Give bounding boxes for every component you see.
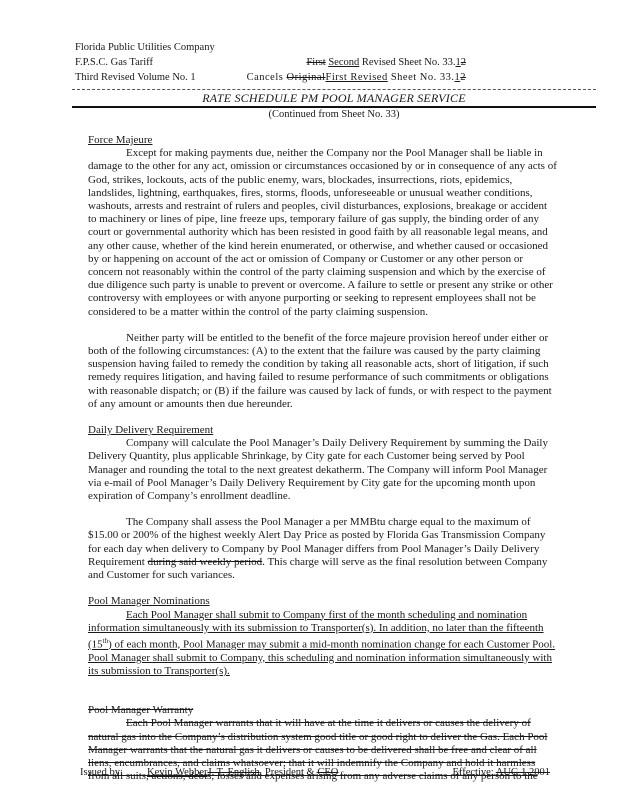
cancels-inserted-text: First Revised bbox=[325, 72, 387, 83]
paragraph-inserted: Each Pool Manager shall submit to Compan… bbox=[88, 609, 558, 679]
sheet-num-old: 2 bbox=[461, 57, 466, 68]
sheet-inserted-text: Second bbox=[328, 57, 359, 68]
cancels-rest-text: Sheet No. 33. bbox=[388, 72, 455, 83]
sheet-deleted-text: First bbox=[306, 57, 325, 68]
section-force-majeure: Force Majeure Except for making payments… bbox=[88, 134, 558, 411]
header-divider-thick bbox=[72, 106, 596, 108]
cancels-prefix: Cancels bbox=[247, 72, 287, 83]
section-heading-deleted: Pool Manager Warranty bbox=[88, 704, 558, 717]
paragraph: Company will calculate the Pool Manager’… bbox=[88, 437, 558, 503]
company-name: Florida Public Utilities Company bbox=[75, 40, 215, 55]
volume-label: Third Revised Volume No. 1 bbox=[75, 70, 215, 85]
cancels-deleted-text: Original bbox=[286, 72, 325, 83]
paragraph: Except for making payments due, neither … bbox=[88, 147, 558, 319]
section-heading: Daily Delivery Requirement bbox=[88, 424, 558, 437]
sheet-number-line: First Second Revised Sheet No. 33.12 bbox=[247, 55, 466, 70]
section-heading: Pool Manager Nominations bbox=[88, 595, 558, 608]
section-nominations: Pool Manager Nominations Each Pool Manag… bbox=[88, 595, 558, 678]
header-left: Florida Public Utilities Company F.P.S.C… bbox=[75, 40, 215, 85]
rate-schedule-title: RATE SCHEDULE PM POOL MANAGER SERVICE bbox=[72, 91, 596, 106]
continued-note: (Continued from Sheet No. 33) bbox=[72, 109, 596, 120]
sheet-rest-text: Revised Sheet No. 33. bbox=[359, 57, 455, 68]
tariff-sheet-page: Florida Public Utilities Company F.P.S.C… bbox=[0, 0, 624, 808]
issued-by-label: Issued by: bbox=[80, 767, 123, 778]
document-body: Force Majeure Except for making payments… bbox=[88, 134, 558, 783]
paragraph: The Company shall assess the Pool Manage… bbox=[88, 516, 558, 582]
cancels-line: Cancels OriginalFirst Revised Sheet No. … bbox=[247, 70, 466, 85]
cancels-num-old: 2 bbox=[460, 72, 466, 83]
header-divider-thin bbox=[72, 89, 596, 90]
paragraph: Neither party will be entitled to the be… bbox=[88, 332, 558, 411]
effective-date: Effective: AUG 1 2001 bbox=[453, 767, 551, 778]
tariff-name: F.P.S.C. Gas Tariff bbox=[75, 55, 215, 70]
section-daily-delivery: Daily Delivery Requirement Company will … bbox=[88, 424, 558, 582]
issued-by-name: Kevin WebberJ. T. English, President & C… bbox=[147, 767, 338, 778]
section-heading: Force Majeure bbox=[88, 134, 558, 147]
header-right: First Second Revised Sheet No. 33.12 Can… bbox=[247, 55, 466, 85]
deleted-text: during said weekly period bbox=[148, 556, 263, 568]
